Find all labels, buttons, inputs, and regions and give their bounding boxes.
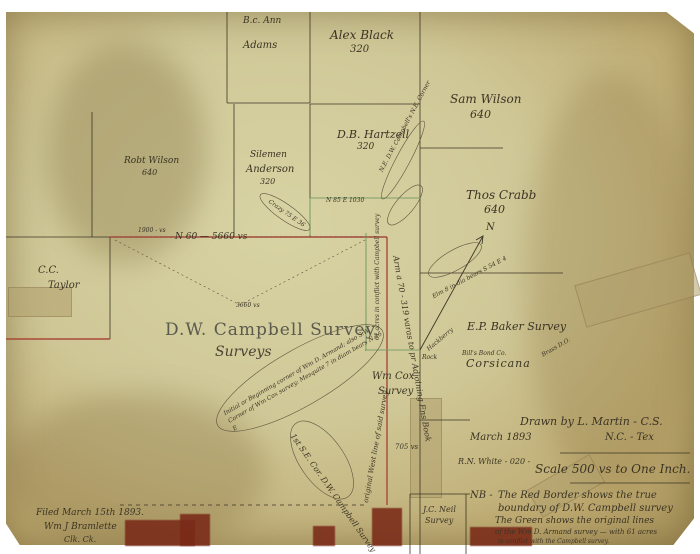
tract-sam-wilson-acres: 640 xyxy=(470,108,491,121)
filed-date: Filed March 15th 1893. xyxy=(36,508,144,518)
legend-county: N.C. - Tex xyxy=(605,432,654,443)
tract-neil-line2: Survey xyxy=(425,516,453,525)
nb-line-2: boundary of D.W. Campbell survey xyxy=(498,503,673,514)
tract-anderson-line2: Anderson xyxy=(246,164,294,175)
tract-adams-line2: Adams xyxy=(243,40,277,51)
map-subtitle: Surveys xyxy=(215,344,272,360)
tract-robt-wilson-acres: 640 xyxy=(142,168,157,177)
filed-title: Clk. Ck. xyxy=(64,535,96,544)
rn-white-note: R.N. White - 020 - xyxy=(458,457,530,466)
north-line-distance: N 60 — 5660 vs xyxy=(175,232,247,242)
diag-distance: 3660 vs xyxy=(236,302,260,309)
nb-line-4: of the Wm D. Armand survey — with 61 acr… xyxy=(495,528,657,536)
tract-robt-wilson-name: Robt Wilson xyxy=(124,156,179,166)
map-title: D.W. Campbell Survey xyxy=(165,320,376,340)
north-line-short: 1900 - vs xyxy=(138,227,166,234)
north-arrow-label: N xyxy=(486,222,495,233)
nb-line-5: in conflict with the Campbell survey. xyxy=(498,538,609,545)
corsicana-label: Corsicana xyxy=(466,357,531,370)
nb-line-1: The Red Border shows the true xyxy=(498,490,657,501)
legend-date: March 1893 xyxy=(470,432,532,443)
tract-crabb-acres: 640 xyxy=(484,203,505,216)
tract-anderson-line1: Silemen xyxy=(250,150,287,160)
tract-neil-line1: J.C. Neil xyxy=(423,505,456,514)
nb-line-3: The Green shows the original lines xyxy=(495,516,654,526)
rock-note: Rock xyxy=(422,354,437,361)
tract-baker-name: E.P. Baker Survey xyxy=(467,320,566,333)
tract-hartzell-acres: 320 xyxy=(357,142,374,152)
tract-adams-line1: B.c. Ann xyxy=(243,16,281,26)
nb-label: NB - xyxy=(470,490,493,501)
tract-sam-wilson-name: Sam Wilson xyxy=(450,92,521,106)
filed-clerk: Wm J Bramlette xyxy=(44,522,117,532)
tract-crabb-name: Thos Crabb xyxy=(466,188,536,202)
hartzell-line-bearing: N 85 E 1030 xyxy=(326,197,364,204)
tract-cox-line1: Wm Cox xyxy=(372,371,414,382)
tract-taylor-line1: C.C. xyxy=(38,265,59,276)
baker-bearing-note: Bill's Bond Co. xyxy=(462,350,506,357)
tract-anderson-acres: 320 xyxy=(260,177,275,186)
tract-taylor-line2: Taylor xyxy=(48,280,80,291)
cox-bottom-distance: 705 vs xyxy=(395,443,418,451)
tract-black-acres: 320 xyxy=(350,44,369,55)
green-acres-note: 61 acres in conflict with Campbell surve… xyxy=(374,214,381,340)
map-scale: Scale 500 vs to One Inch. xyxy=(535,462,690,476)
tract-black-name: Alex Black xyxy=(330,28,394,42)
drawn-by: Drawn by L. Martin - C.S. xyxy=(520,415,663,428)
